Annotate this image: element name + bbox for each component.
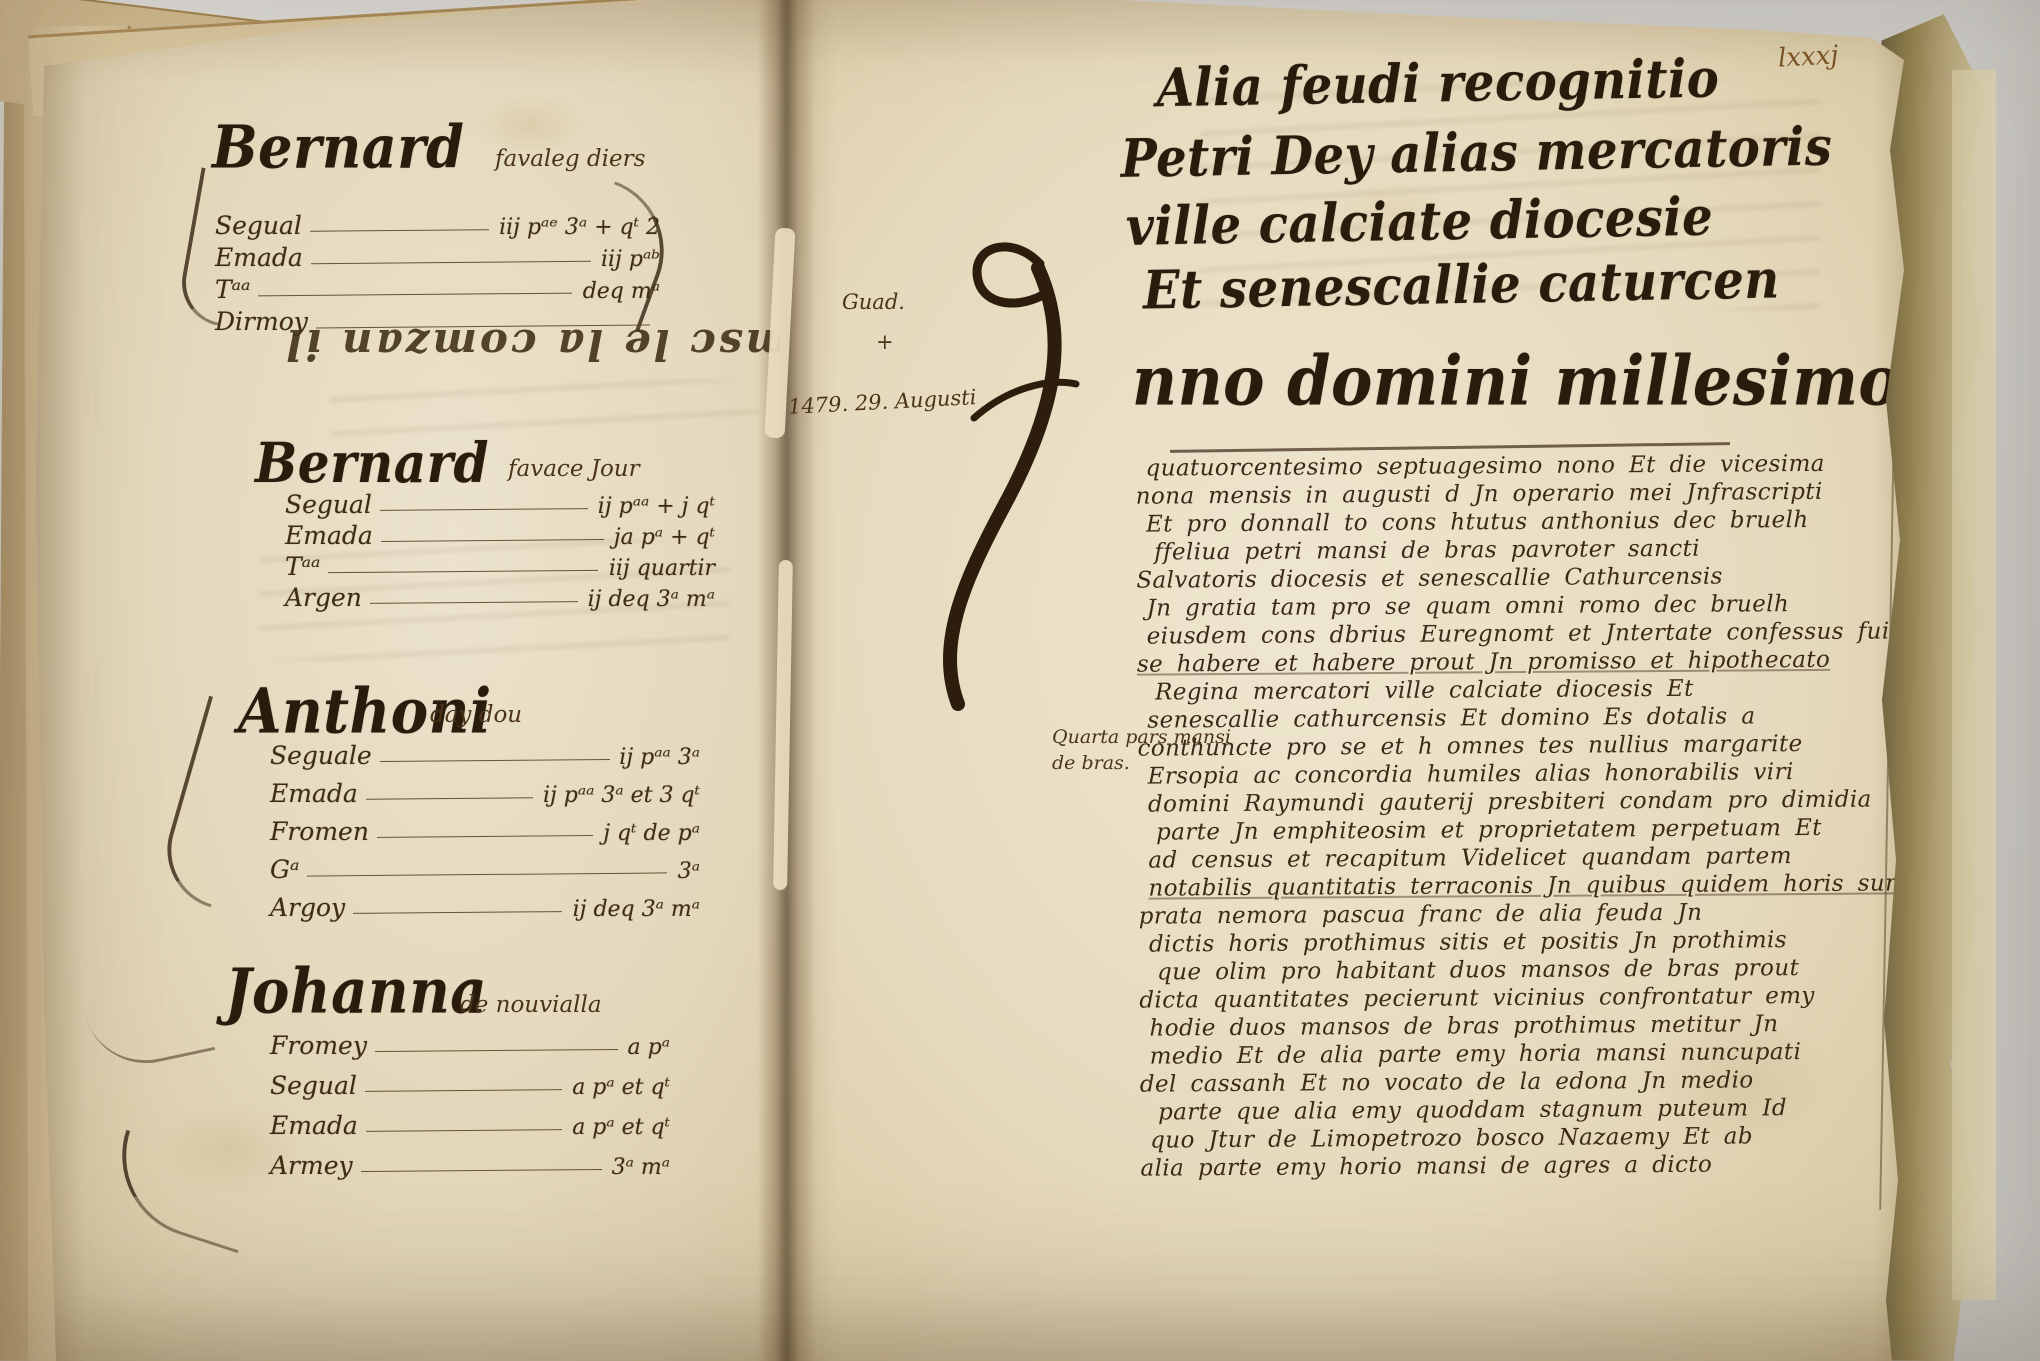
account-row-value: j qᵗ de pᵃ — [603, 821, 700, 846]
account-row-label: Fromey — [270, 1031, 367, 1060]
ruled-line — [361, 1169, 602, 1172]
account-rows: Fromey a pᵃ Segual a pᵃ et qᵗ Emada — [270, 1020, 670, 1180]
account-rows: Segual ij pᵃᵃ + j qᵗ Emada ja pᵃ + qᵗ Tᵃ — [285, 488, 715, 612]
photo-backdrop: Bernard favaleg diers Segual iij pᵃᵉ 3ᵃ … — [0, 0, 2040, 1361]
pen-flourish — [101, 1130, 264, 1253]
account-row-value: a pᵃ et qᵗ — [572, 1115, 670, 1140]
ruled-line — [365, 1089, 562, 1092]
account-row-value: 3ᵃ — [678, 859, 700, 884]
account-row-label: Emada — [270, 779, 358, 808]
ruled-line — [307, 872, 667, 876]
account-row-label: Fromen — [270, 817, 369, 846]
account-row-label: Tᵃᵃ — [215, 275, 250, 304]
upside-down-note: msc le la comzan il — [230, 320, 790, 369]
account-row-value: deq mᵃ — [583, 279, 660, 304]
account-row: Argoy ij deq 3ᵃ mᵃ — [270, 884, 700, 922]
ruled-line — [258, 293, 572, 297]
account-row: Emada a pᵃ et qᵗ — [270, 1100, 670, 1140]
ruled-line — [381, 539, 604, 542]
account-row: Segual iij pᵃᵉ 3ᵃ + qᵗ 2 — [215, 208, 660, 240]
section-header: Bernard — [255, 430, 489, 495]
account-row-label: Segual — [215, 211, 302, 240]
account-row-value: 3ᵃ mᵃ — [612, 1155, 670, 1180]
account-rows: Segual iij pᵃᵉ 3ᵃ + qᵗ 2 Emada iij pᵃᵇ T — [215, 208, 660, 336]
account-row: Gᵃ 3ᵃ — [270, 846, 700, 884]
account-row-value: ij deq 3ᵃ mᵃ — [573, 897, 700, 922]
account-row-value: ij pᵃᵃ 3ᵃ — [619, 745, 700, 770]
account-row-label: Emada — [215, 243, 303, 272]
section-note: favaleg diers — [495, 146, 645, 172]
account-row-label: Seguale — [270, 741, 372, 770]
pen-flourish — [85, 988, 215, 1075]
title-line: Alia feudi recognitio — [1156, 48, 1720, 119]
account-row: Argen ij deq 3ᵃ mᵃ — [285, 581, 715, 612]
section-note: favace Jour — [508, 456, 640, 482]
account-row-value: a pᵃ — [628, 1035, 670, 1060]
account-row-value: ij pᵃᵃ + j qᵗ — [598, 494, 715, 519]
account-row: Seguale ij pᵃᵃ 3ᵃ — [270, 732, 700, 770]
title-block: Alia feudi recognitio Petri Dey alias me… — [780, 0, 1930, 10]
section-note: de nouvialla — [460, 992, 602, 1018]
account-row-label: Armey — [270, 1151, 353, 1180]
account-row-value: a pᵃ et qᵗ — [572, 1075, 670, 1100]
ruled-line — [353, 911, 562, 914]
account-row: Tᵃᵃ iij quartir — [285, 550, 715, 581]
account-row: Armey 3ᵃ mᵃ — [270, 1140, 670, 1180]
ruled-line — [380, 508, 588, 511]
account-row-label: Gᵃ — [270, 855, 299, 884]
section-note: day dou — [430, 702, 522, 728]
right-page: lxxxj Alia feudi recognitio Petri Dey al… — [780, 0, 1930, 1361]
body-line: parte que alia emy quoddam stagnum puteu… — [1158, 1093, 1895, 1126]
ruled-line — [377, 835, 593, 838]
account-row: Emada ja pᵃ + qᵗ — [285, 519, 715, 550]
account-row-label: Emada — [270, 1111, 358, 1140]
account-row: Fromen j qᵗ de pᵃ — [270, 808, 700, 846]
body-text-block: quatuorcentesimo septuagesimo nono Et di… — [1145, 449, 1895, 1182]
body-line: alia parte emy horio mansi de agres a di… — [1140, 1149, 1895, 1182]
account-row-label: Segual — [270, 1071, 357, 1100]
body-line: se habere et habere prout Jn promisso et… — [1137, 645, 1892, 678]
account-row-value: ij pᵃᵃ 3ᵃ et 3 qᵗ — [543, 783, 700, 808]
ruled-line — [370, 601, 578, 604]
title-line: ville calciate diocesie — [1125, 186, 1713, 258]
margin-note-line: de bras. — [1052, 752, 1130, 774]
opening-heading: nno domini millesimo — [1132, 341, 1900, 421]
ruled-line — [366, 1129, 562, 1132]
account-row-value: iij pᵃᵉ 3ᵃ + qᵗ 2 — [499, 215, 660, 240]
account-row-label: Emada — [285, 521, 373, 550]
account-row-label: Argoy — [270, 893, 345, 922]
initial-stroke — [862, 238, 1102, 728]
account-row-value: iij quartir — [609, 556, 715, 581]
account-row: Fromey a pᵃ — [270, 1020, 670, 1060]
title-line: Petri Dey alias mercatoris — [1120, 116, 1833, 190]
section-header: Bernard — [212, 112, 464, 182]
ruled-line — [380, 759, 610, 762]
account-row-label: Tᵃᵃ — [285, 552, 320, 581]
account-row: Emada ij pᵃᵃ 3ᵃ et 3 qᵗ — [270, 770, 700, 808]
body-line: Et pro donnall to cons htutus anthonius … — [1146, 505, 1891, 538]
body-line: dicta quantitates pecierunt vicinius con… — [1139, 981, 1894, 1014]
account-row-value: ij deq 3ᵃ mᵃ — [588, 587, 715, 612]
ruled-line — [328, 570, 598, 573]
body-line: notabilis quantitatis terraconis Jn quib… — [1148, 869, 1893, 902]
ruled-line — [375, 1049, 618, 1052]
right-page-edge-strip — [1952, 70, 1996, 1300]
ruled-line — [311, 261, 591, 264]
account-row: Segual ij pᵃᵃ + j qᵗ — [285, 488, 715, 519]
account-rows: Seguale ij pᵃᵃ 3ᵃ Emada ij pᵃᵃ 3ᵃ et 3 q… — [270, 732, 700, 922]
folio-number: lxxxj — [1777, 40, 1839, 73]
ruled-line — [366, 797, 533, 799]
section-header: Johanna — [225, 955, 487, 1028]
ruled-line — [310, 229, 489, 232]
account-row-value: ja pᵃ + qᵗ — [614, 525, 715, 550]
account-row: Tᵃᵃ deq mᵃ — [215, 272, 660, 304]
account-row: Emada iij pᵃᵇ — [215, 240, 660, 272]
account-row-label: Argen — [285, 583, 362, 612]
account-row: Segual a pᵃ et qᵗ — [270, 1060, 670, 1100]
body-line: medio Et de alia parte emy horia mansi n… — [1150, 1037, 1895, 1070]
account-row-value: iij pᵃᵇ — [601, 247, 660, 272]
illuminated-initial: A — [862, 238, 1102, 728]
left-page: Bernard favaleg diers Segual iij pᵃᵉ 3ᵃ … — [30, 0, 800, 1361]
account-row-label: Segual — [285, 490, 372, 519]
title-line: Et senescallie caturcen — [1143, 249, 1781, 322]
